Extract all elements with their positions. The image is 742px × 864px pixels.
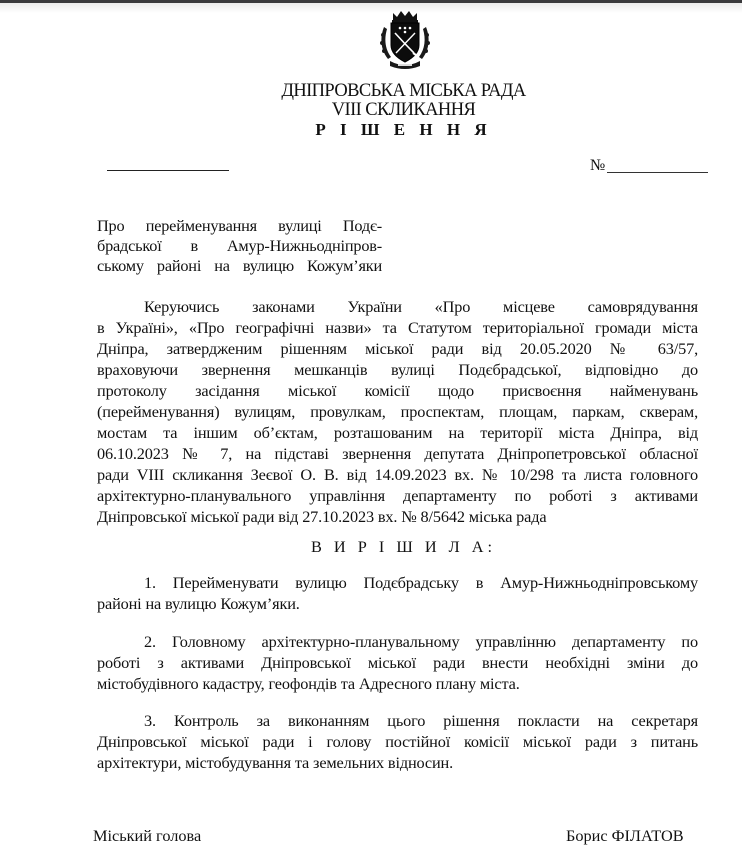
convocation: VIII СКЛИКАННЯ	[0, 101, 742, 120]
preamble-paragraph: Керуючись законами України «Про місцеве …	[97, 296, 698, 527]
item-line: 2. Головному архітектурно-планувальному …	[97, 631, 698, 652]
preamble-line: Дніпра, затвердженим рішенням міської ра…	[97, 338, 698, 359]
subject-line: Про перейменування вулиці Подє-	[97, 216, 382, 236]
item-line: 1. Перейменувати вулицю Подєбрадську в А…	[97, 572, 698, 593]
decision-subject: Про перейменування вулиці Подє- бpадсько…	[97, 216, 382, 276]
preamble-line: враховуючи звернення мешканців вулиці По…	[97, 359, 698, 380]
preamble-line: в Україні», «Про географічні назви» та С…	[97, 317, 698, 338]
item-line: містобудівного кадастру, геофондів та Ад…	[97, 673, 698, 694]
document-type-title: Р І Ш Е Н Н Я	[0, 120, 742, 139]
preamble-line: (перейменування) вулицям, провулкам, про…	[97, 401, 698, 422]
resolved-heading: В И Р І Ш И Л А:	[0, 537, 742, 557]
number-symbol: №	[590, 157, 605, 175]
preamble-line: 06.10.2023 № 7, на підставі звернення де…	[97, 443, 698, 464]
item-line: 3. Контроль за виконанням цього рішення …	[97, 710, 698, 731]
signature-title: Міський голова	[93, 826, 201, 846]
preamble-line: ради VIII скликання Зеєвої О. В. від 14.…	[97, 464, 698, 485]
council-name: ДНІПРОВСЬКА МІСЬКА РАДА	[0, 82, 742, 101]
subject-line: бpадської в Амур-Нижньодніпров-	[97, 236, 382, 256]
preamble-line: архітектурно-планувального управління де…	[97, 485, 698, 506]
dnipro-coat-of-arms-icon	[378, 9, 432, 71]
subject-line: ському районі на вулицю Кожум’яки	[97, 256, 382, 276]
preamble-line: Дніпровської міської ради від 27.10.2023…	[97, 506, 698, 527]
preamble-line: мостам та іншим об’єктам, розташованим н…	[97, 422, 698, 443]
item-line: роботі з активами Дніпровської міської р…	[97, 652, 698, 673]
item-line: районі на вулицю Кожум’яки.	[97, 593, 698, 614]
resolution-item-1: 1. Перейменувати вулицю Подєбрадську в А…	[97, 572, 698, 614]
resolution-item-3: 3. Контроль за виконанням цього рішення …	[97, 710, 698, 773]
resolution-item-2: 2. Головному архітектурно-планувальному …	[97, 631, 698, 694]
preamble-line: Керуючись законами України «Про місцеве …	[97, 296, 698, 317]
item-line: Дніпровської міської ради і голову пості…	[97, 731, 698, 752]
signature-name: Борис ФІЛАТОВ	[566, 826, 684, 846]
number-blank-line	[607, 172, 708, 173]
document-header: ДНІПРОВСЬКА МІСЬКА РАДА VIII СКЛИКАННЯ Р…	[0, 82, 742, 139]
item-line: архітектури, містобудування та земельних…	[97, 752, 698, 773]
viewer-top-bar-shadow	[0, 3, 742, 13]
date-blank-line	[107, 170, 229, 171]
preamble-line: протоколу засідання міської комісії щодо…	[97, 380, 698, 401]
